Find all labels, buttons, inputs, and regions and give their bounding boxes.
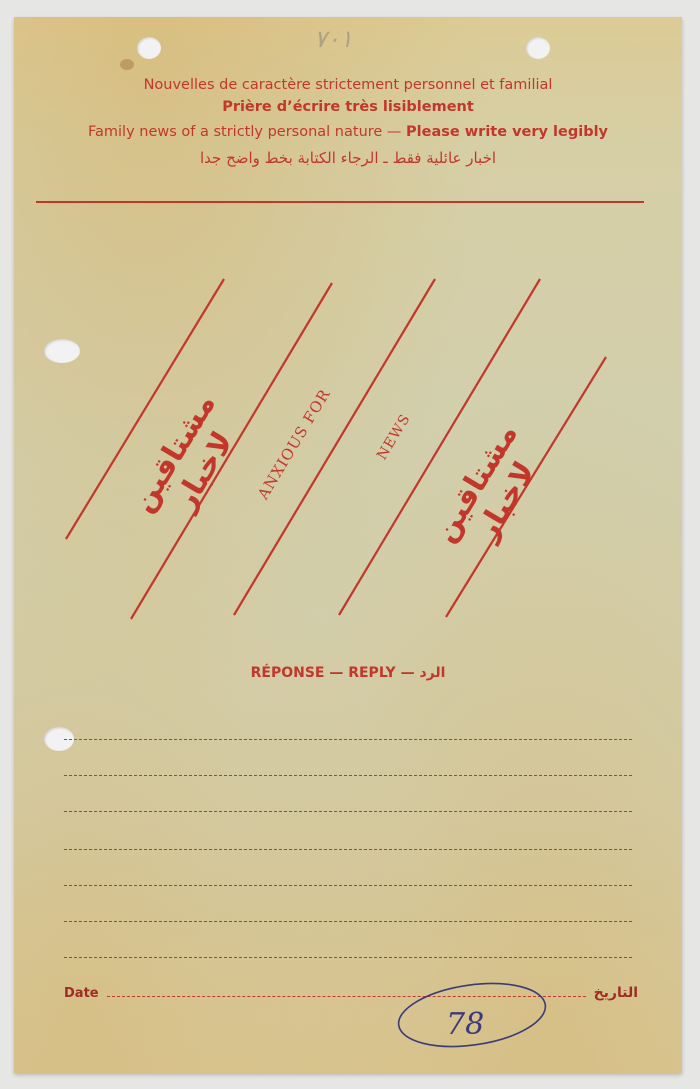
reply-heading: RÉPONSE — REPLY — الرد xyxy=(14,665,682,681)
reply-line-2[interactable] xyxy=(64,775,632,776)
date-label: Date xyxy=(64,986,99,1001)
reply-line-5[interactable] xyxy=(64,885,632,886)
reply-line-3[interactable] xyxy=(64,811,632,812)
reply-line-7[interactable] xyxy=(64,957,632,958)
handwritten-number: 78 xyxy=(446,1007,484,1042)
reply-line-1[interactable] xyxy=(64,739,632,740)
form-sheet: ٧٠١ Nouvelles de caractère strictement p… xyxy=(14,17,682,1073)
diagonal-banner xyxy=(14,17,682,1073)
date-label-arabic: التاريخ xyxy=(594,985,638,1001)
reply-line-6[interactable] xyxy=(64,921,632,922)
reply-line-4[interactable] xyxy=(64,849,632,850)
